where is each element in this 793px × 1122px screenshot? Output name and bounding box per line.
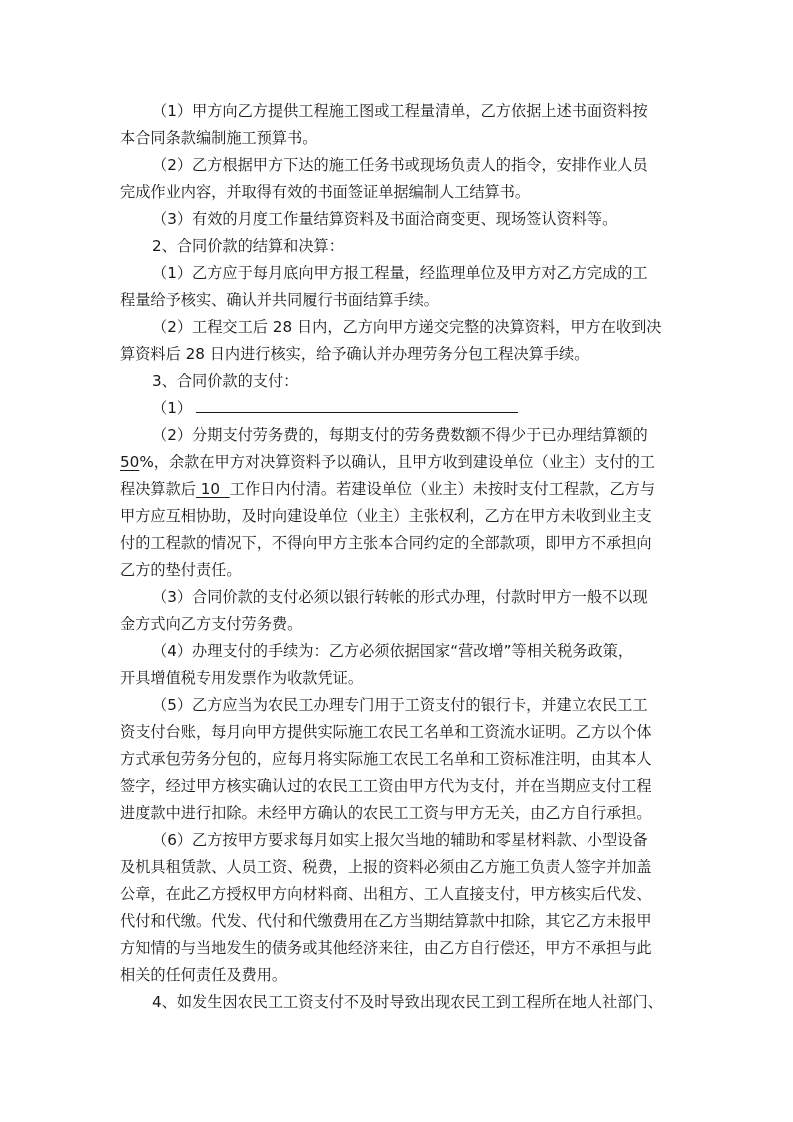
text: （2）分期支付劳务费的，每期支付的劳务费数额不得少于已办理结算额的 xyxy=(152,426,648,444)
text-line: 相关的任何责任及费用。 xyxy=(120,962,673,989)
text-line: （2）乙方根据甲方下达的施工任务书或现场负责人的指令，安排作业人员 xyxy=(120,152,673,179)
text-line: （3）有效的月度工作量结算资料及书面洽商变更、现场签认资料等。 xyxy=(120,206,673,233)
text-line: 甲方应互相协助，及时向建设单位（业主）主张权利，乙方在甲方未收到业主支 xyxy=(120,503,673,530)
document-body: （1）甲方向乙方提供工程施工图或工程量清单，乙方依据上述书面资料按本合同条款编制… xyxy=(120,98,673,1016)
text-line: 及机具租赁款、人员工资、税费，上报的资料必须由乙方施工负责人签字并加盖 xyxy=(120,854,673,881)
percent-field[interactable]: 50 xyxy=(120,453,139,471)
text-line: 签字，经过甲方核实确认过的农民工工资由甲方代为支付，并在当期应支付工程 xyxy=(120,773,673,800)
text-line: 付的工程款的情况下，不得向甲方主张本合同约定的全部款项，即甲方不承担向 xyxy=(120,530,673,557)
text-line: 代付和代缴。代发、代付和代缴费用在乙方当期结算款中扣除，其它乙方未报甲 xyxy=(120,908,673,935)
text-line: （6）乙方按甲方要求每月如实上报欠当地的辅助和零星材料款、小型设备 xyxy=(120,827,673,854)
days-value: 10 xyxy=(201,480,220,498)
text-line: 算资料后 28 日内进行核实，给予确认并办理劳务分包工程决算手续。 xyxy=(120,341,673,368)
fill-in-blank-line[interactable] xyxy=(196,395,518,413)
text-line: 资支付台账，每月向甲方提供实际施工农民工名单和工资流水证明。乙方以个体 xyxy=(120,719,673,746)
text: 工作日内付清。若建设单位（业主）未按时支付工程款，乙方与 xyxy=(230,480,655,498)
text-line: （4）办理支付的手续为：乙方必须依据国家“营改增”等相关税务政策， xyxy=(120,638,673,665)
text-line: （1）乙方应于每月底向甲方报工程量，经监理单位及甲方对乙方完成的工 xyxy=(120,260,673,287)
text-line: 乙方的垫付责任。 xyxy=(120,557,673,584)
payment-item-2-line-2: 50%，余款在甲方对决算资料予以确认，且甲方收到建设单位（业主）支付的工 xyxy=(120,449,673,476)
text-line: （1）甲方向乙方提供工程施工图或工程量清单，乙方依据上述书面资料按 xyxy=(120,98,673,125)
text-line: （5）乙方应当为农民工办理专门用于工资支付的银行卡，并建立农民工工 xyxy=(120,692,673,719)
item-label: （1） xyxy=(152,399,192,417)
payment-item-2-line-3: 程决算款后 10 工作日内付清。若建设单位（业主）未按时支付工程款，乙方与 xyxy=(120,476,673,503)
text-line: （2）工程交工后 28 日内，乙方向甲方递交完整的决算资料，甲方在收到决 xyxy=(120,314,673,341)
document-page: （1）甲方向乙方提供工程施工图或工程量清单，乙方依据上述书面资料按本合同条款编制… xyxy=(0,0,793,1122)
text-line: 方式承包劳务分包的，应每月将实际施工农民工名单和工资标准注明，由其本人 xyxy=(120,746,673,773)
text-line: （3）合同价款的支付必须以银行转帐的形式办理，付款时甲方一般不以现 xyxy=(120,584,673,611)
text-line: 完成作业内容，并取得有效的书面签证单据编制人工结算书。 xyxy=(120,179,673,206)
text-line: 进度款中进行扣除。未经甲方确认的农民工工资与甲方无关，由乙方自行承担。 xyxy=(120,800,673,827)
text-line: 方知情的与当地发生的债务或其他经济来往，由乙方自行偿还，甲方不承担与此 xyxy=(120,935,673,962)
text: 程决算款后 xyxy=(120,480,196,498)
text-line: 本合同条款编制施工预算书。 xyxy=(120,125,673,152)
text-line: 公章，在此乙方授权甲方向材料商、出租方、工人直接支付，甲方核实后代发、 xyxy=(120,881,673,908)
paragraphs-before: （1）甲方向乙方提供工程施工图或工程量清单，乙方依据上述书面资料按本合同条款编制… xyxy=(120,98,673,395)
text-line: 2、合同价款的结算和决算： xyxy=(120,233,673,260)
text-line: 程量给予核实、确认并共同履行书面结算手续。 xyxy=(120,287,673,314)
text-line: 金方式向乙方支付劳务费。 xyxy=(120,611,673,638)
paragraphs-after: 甲方应互相协助，及时向建设单位（业主）主张权利，乙方在甲方未收到业主支付的工程款… xyxy=(120,503,673,1016)
text-line: 3、合同价款的支付： xyxy=(120,368,673,395)
payment-item-1-blank: （1） xyxy=(120,395,673,422)
text-line: 开具增值税专用发票作为收款凭证。 xyxy=(120,665,673,692)
payment-item-2-line-1: （2）分期支付劳务费的，每期支付的劳务费数额不得少于已办理结算额的 xyxy=(120,422,673,449)
text: %，余款在甲方对决算资料予以确认，且甲方收到建设单位（业主）支付的工 xyxy=(139,453,655,471)
days-field[interactable]: 10 xyxy=(196,480,230,498)
text-line: 4、如发生因农民工工资支付不及时导致出现农民工到工程所在地人社部门、 xyxy=(120,989,673,1016)
